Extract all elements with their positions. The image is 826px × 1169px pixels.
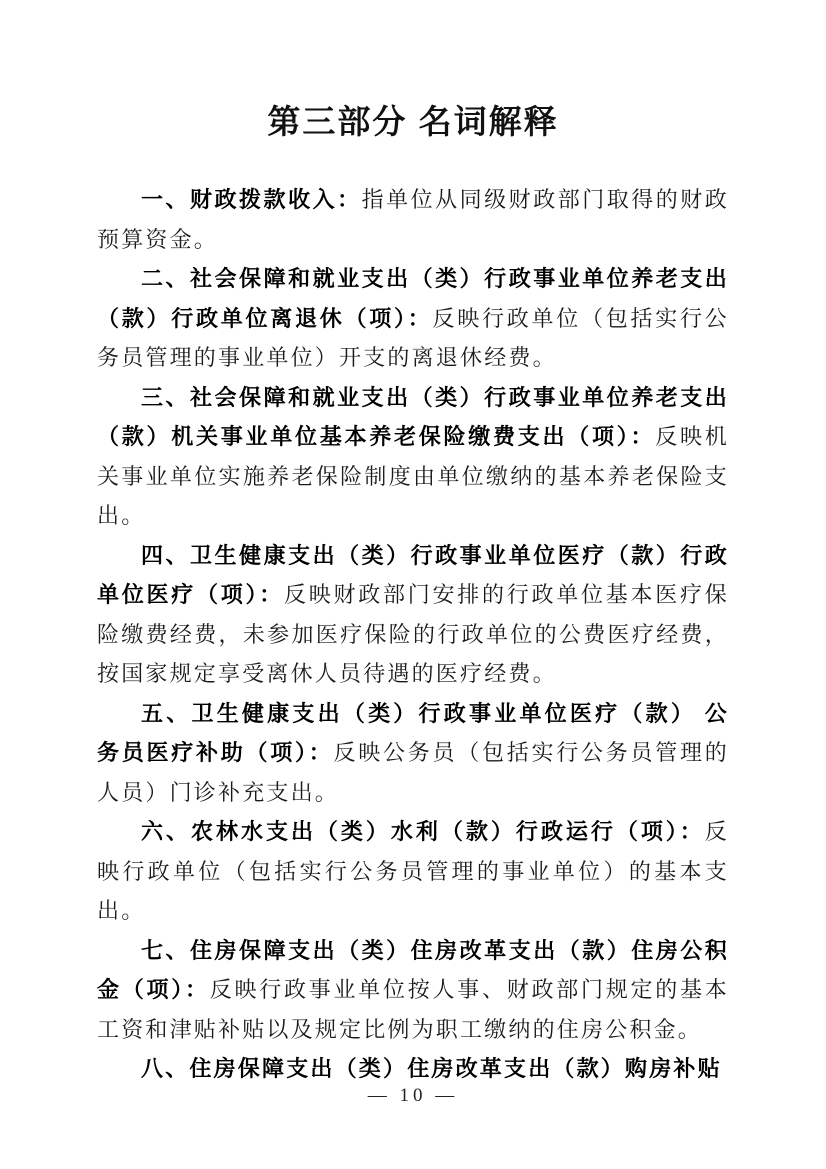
page-title: 第三部分 名词解释 [0, 96, 826, 143]
term-label: 三、社会保障和就业支出（类）行政事业单位养老支出（款）机关事业单位基本养老保险缴… [97, 385, 729, 450]
term-label: 六、农林水支出（类）水利（款）行政运行（项）： [141, 819, 705, 844]
term-paragraph: 五、卫生健康支出（类）行政事业单位医疗（款） 公务员医疗补助（项）：反映公务员（… [97, 694, 729, 813]
term-paragraph: 八、住房保障支出（类）住房改革支出（款）购房补贴 [97, 1049, 729, 1089]
term-label: 八、住房保障支出（类）住房改革支出（款）购房补贴 [141, 1056, 722, 1081]
term-paragraph: 七、住房保障支出（类）住房改革支出（款）住房公积金（项）：反映行政事业单位按人事… [97, 931, 729, 1050]
term-paragraph: 二、社会保障和就业支出（类）行政事业单位养老支出（款）行政单位离退休（项）：反映… [97, 259, 729, 378]
page-number: — 10 — [0, 1085, 826, 1107]
term-paragraph: 六、农林水支出（类）水利（款）行政运行（项）：反映行政单位（包括实行公务员管理的… [97, 812, 729, 931]
term-paragraph: 三、社会保障和就业支出（类）行政事业单位养老支出（款）机关事业单位基本养老保险缴… [97, 378, 729, 536]
term-paragraph: 一、财政拨款收入：指单位从同级财政部门取得的财政预算资金。 [97, 180, 729, 259]
term-label: 一、财政拨款收入： [141, 187, 362, 212]
document-page: 第三部分 名词解释 一、财政拨款收入：指单位从同级财政部门取得的财政预算资金。 … [0, 0, 826, 1169]
term-paragraph: 四、卫生健康支出（类）行政事业单位医疗（款）行政单位医疗（项）：反映财政部门安排… [97, 536, 729, 694]
document-body: 一、财政拨款收入：指单位从同级财政部门取得的财政预算资金。 二、社会保障和就业支… [97, 180, 729, 1089]
